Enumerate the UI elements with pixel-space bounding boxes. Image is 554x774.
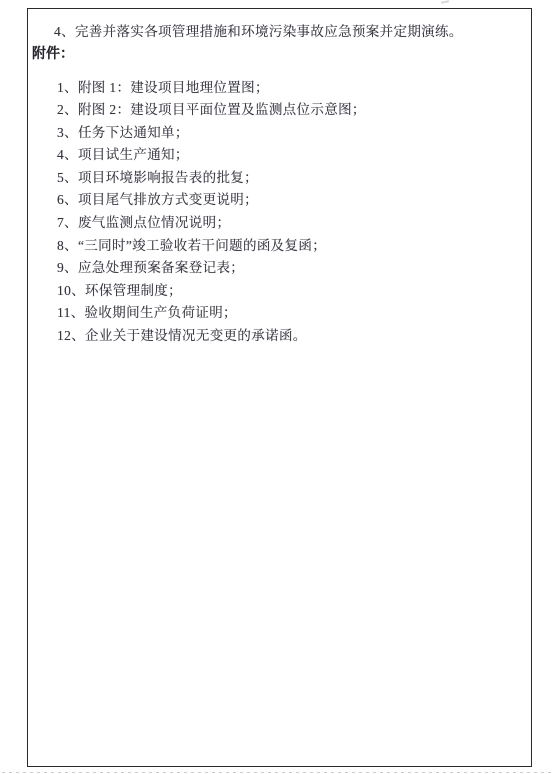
scan-noise-speck [441,0,449,4]
attachment-item: 4、项目试生产通知； [57,144,521,167]
attachment-item: 8、“三同时”竣工验收若干问题的函及复函； [57,235,521,258]
attachment-item: 5、项目环境影响报告表的批复； [57,167,521,190]
attachment-item: 11、验收期间生产负荷证明； [57,302,521,325]
attachment-item: 2、附图 2：建设项目平面位置及监测点位示意图； [57,99,521,122]
attachment-item: 12、企业关于建设情况无变更的承诺函。 [57,325,521,348]
scan-edge-artifact [2,772,552,773]
requirement-item-4: 4、完善并落实各项管理措施和环境污染事故应急预案并定期演练。 [32,21,521,42]
attachment-item: 9、应急处理预案备案登记表； [57,257,521,280]
attachment-item: 7、废气监测点位情况说明； [57,212,521,235]
attachment-item: 3、任务下达通知单； [57,122,521,145]
document-page: 4、完善并落实各项管理措施和环境污染事故应急预案并定期演练。 附件： 1、附图 … [0,0,554,774]
attachment-item: 10、环保管理制度； [57,280,521,303]
document-cell-border: 4、完善并落实各项管理措施和环境污染事故应急预案并定期演练。 附件： 1、附图 … [27,8,532,767]
attachment-item: 1、附图 1：建设项目地理位置图； [57,77,521,100]
attachments-list: 1、附图 1：建设项目地理位置图；2、附图 2：建设项目平面位置及监测点位示意图… [32,77,521,348]
attachments-heading: 附件： [32,44,521,65]
attachment-item: 6、项目尾气排放方式变更说明； [57,189,521,212]
